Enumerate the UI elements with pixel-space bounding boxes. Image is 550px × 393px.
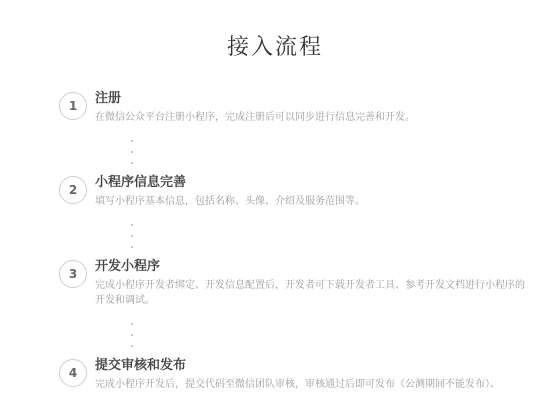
step-title: 开发小程序 <box>95 258 525 275</box>
step-title: 提交审核和发布 <box>95 357 525 374</box>
connector-dot <box>131 246 133 248</box>
step-connector-dots <box>131 323 550 347</box>
step-number-badge: 3 <box>59 260 87 288</box>
step-connector-dots <box>131 224 550 248</box>
step-body: 开发小程序 完成小程序开发者绑定、开发信息配置后，开发者可下载开发者工具、参考开… <box>95 258 525 308</box>
page-title: 接入流程 <box>0 36 550 60</box>
step-title: 小程序信息完善 <box>95 174 525 191</box>
step-item-register: 1 注册 在微信公众平台注册小程序，完成注册后可以同步进行信息完善和开发。 <box>59 92 550 125</box>
step-connector-dots <box>131 140 550 164</box>
connector-dot <box>131 235 133 237</box>
connector-dot <box>131 151 133 153</box>
step-item-develop: 3 开发小程序 完成小程序开发者绑定、开发信息配置后，开发者可下载开发者工具、参… <box>59 260 550 308</box>
connector-dot <box>131 224 133 226</box>
step-number-badge: 1 <box>59 92 87 120</box>
step-number-badge: 2 <box>59 176 87 204</box>
connector-dot <box>131 345 133 347</box>
step-description: 完成小程序开发者绑定、开发信息配置后，开发者可下载开发者工具、参考开发文档进行小… <box>95 278 525 308</box>
step-number-badge: 4 <box>59 359 87 387</box>
integration-process-section: 接入流程 1 注册 在微信公众平台注册小程序，完成注册后可以同步进行信息完善和开… <box>0 36 550 392</box>
connector-dot <box>131 162 133 164</box>
connector-dot <box>131 140 133 142</box>
step-body: 提交审核和发布 完成小程序开发后，提交代码至微信团队审核，审核通过后即可发布（公… <box>95 357 525 392</box>
connector-dot <box>131 323 133 325</box>
step-body: 小程序信息完善 填写小程序基本信息，包括名称、头像、介绍及服务范围等。 <box>95 174 525 209</box>
step-description: 填写小程序基本信息，包括名称、头像、介绍及服务范围等。 <box>95 194 525 209</box>
step-item-submit-release: 4 提交审核和发布 完成小程序开发后，提交代码至微信团队审核，审核通过后即可发布… <box>59 359 550 392</box>
step-title: 注册 <box>95 90 525 107</box>
step-item-info-completion: 2 小程序信息完善 填写小程序基本信息，包括名称、头像、介绍及服务范围等。 <box>59 176 550 209</box>
steps-list: 1 注册 在微信公众平台注册小程序，完成注册后可以同步进行信息完善和开发。 2 … <box>59 92 550 392</box>
step-description: 完成小程序开发后，提交代码至微信团队审核，审核通过后即可发布（公测期间不能发布）… <box>95 377 525 392</box>
step-description: 在微信公众平台注册小程序，完成注册后可以同步进行信息完善和开发。 <box>95 110 525 125</box>
step-body: 注册 在微信公众平台注册小程序，完成注册后可以同步进行信息完善和开发。 <box>95 90 525 125</box>
connector-dot <box>131 334 133 336</box>
